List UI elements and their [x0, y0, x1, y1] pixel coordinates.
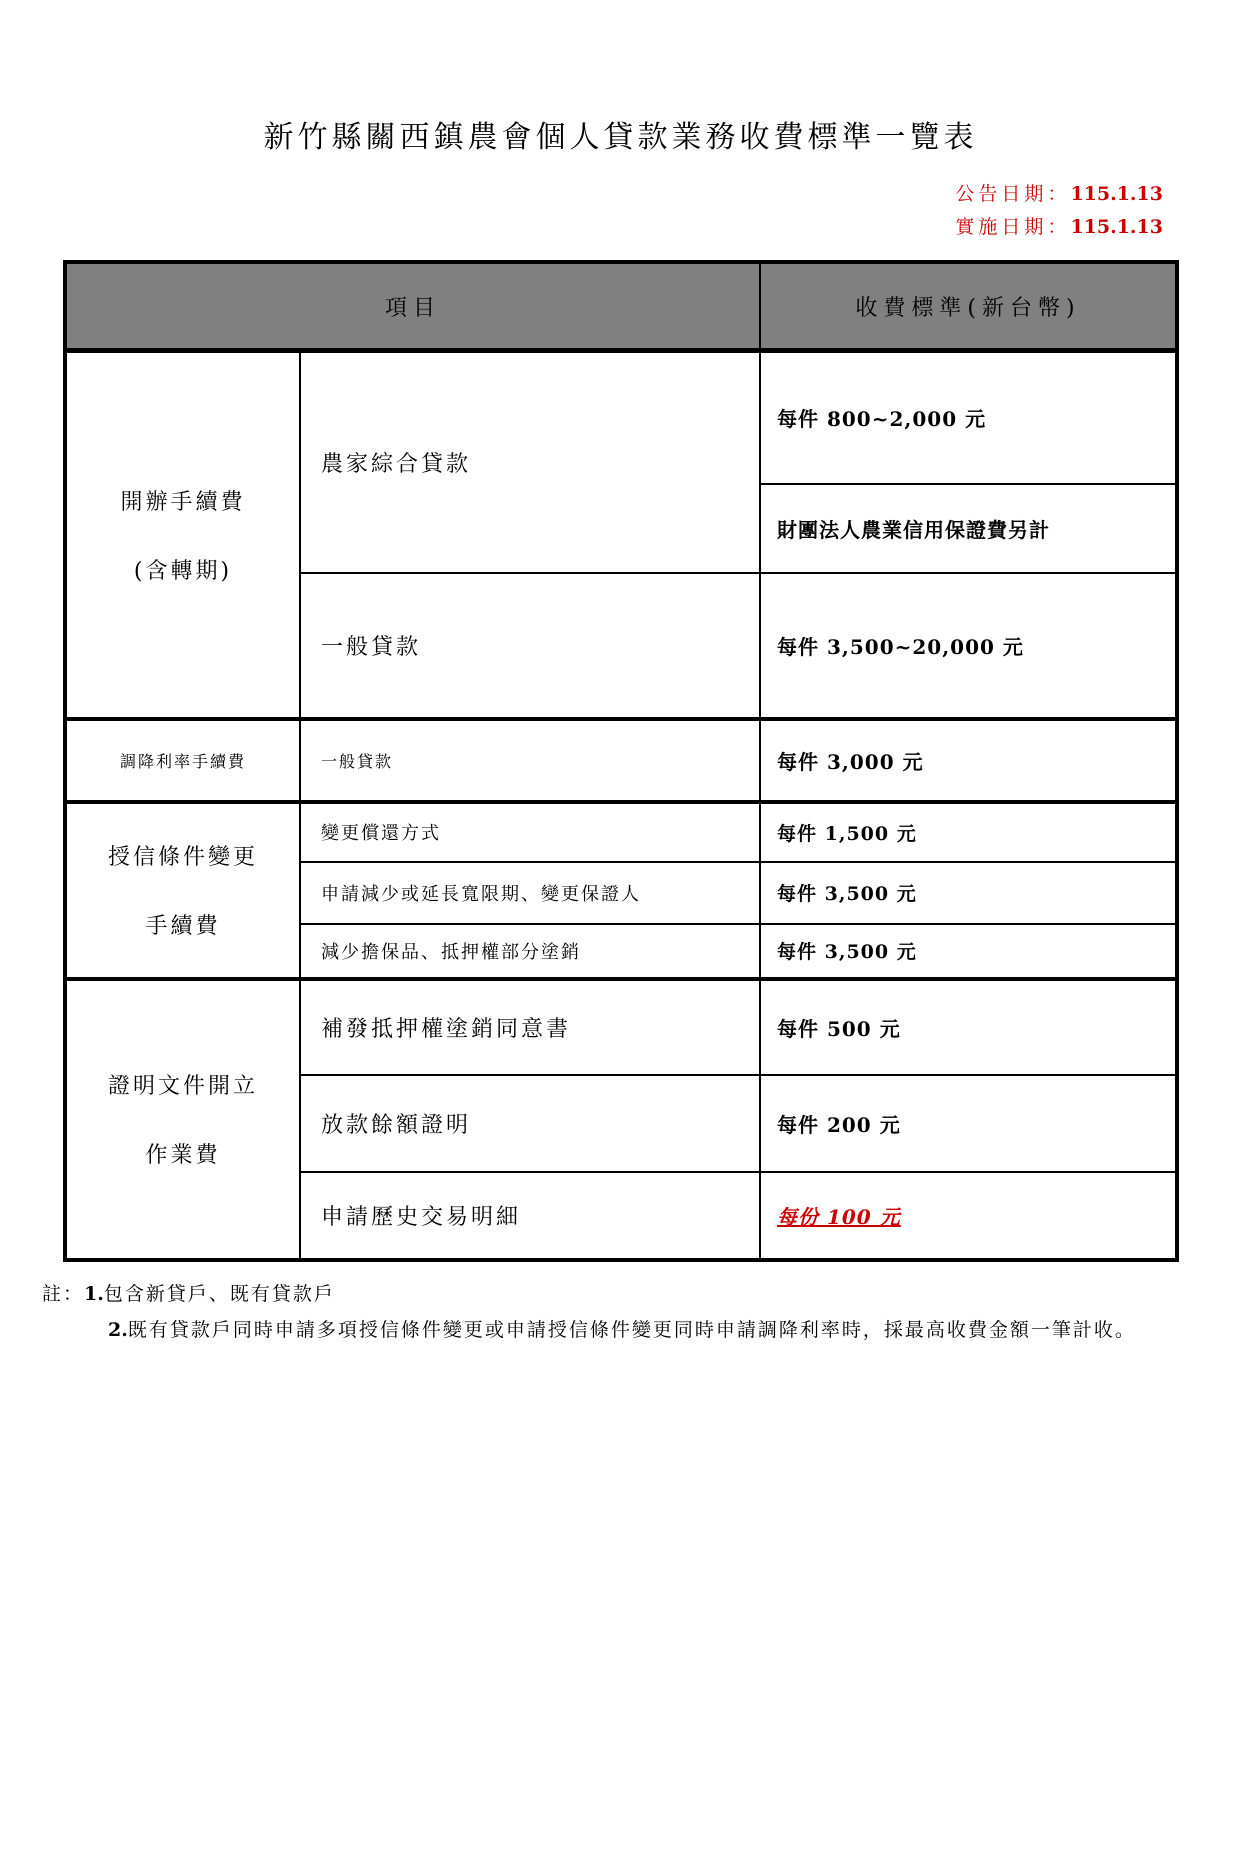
fee-general-loan-setup: 每件 3,500~20,000 元	[760, 573, 1177, 719]
item-reissue-mortgage-release: 補發抵押權塗銷同意書	[300, 979, 760, 1075]
announce-date-value: 115.1.13	[1070, 183, 1163, 205]
footnote-prefix: 註：	[42, 1283, 84, 1305]
category-setup-fee: 開辦手續費 (含轉期)	[65, 351, 300, 719]
header-fee-column: 收費標準(新台幣)	[760, 262, 1177, 351]
category-label-line2: 作業費	[67, 1138, 299, 1169]
footnote-1-text: 包含新貸戶、既有貸款戶	[104, 1283, 335, 1305]
footnotes: 註：1.包含新貸戶、既有貸款戶 2.既有貸款戶同時申請多項授信條件變更或申請授信…	[42, 1276, 1182, 1348]
category-label-line2: 手續費	[67, 909, 299, 940]
fee-schedule-table: 項目 收費標準(新台幣) 開辦手續費 (含轉期) 農家綜合貸款 每件 800~2…	[63, 260, 1179, 1262]
announce-date-label: 公告日期：	[955, 183, 1070, 205]
date-block: 公告日期：115.1.13 實施日期：115.1.13	[0, 178, 1163, 244]
item-reduce-collateral: 減少擔保品、抵押權部分塗銷	[300, 924, 760, 979]
category-credit-change-fee: 授信條件變更 手續費	[65, 802, 300, 979]
table-row: 調降利率手續費 一般貸款 每件 3,000 元	[65, 719, 1177, 802]
fee-reissue-mortgage-release: 每件 500 元	[760, 979, 1177, 1075]
effective-date-value: 115.1.13	[1070, 216, 1163, 238]
fee-credit-guarantee-note: 財團法人農業信用保證費另計	[760, 484, 1177, 573]
item-transaction-history: 申請歷史交易明細	[300, 1172, 760, 1260]
fee-farm-comprehensive-loan: 每件 800~2,000 元	[760, 351, 1177, 484]
footnote-2-number: 2.	[108, 1319, 128, 1341]
fee-transaction-history: 每份 100 元	[760, 1172, 1177, 1260]
fee-loan-balance-certificate: 每件 200 元	[760, 1075, 1177, 1172]
category-label-line2: (含轉期)	[67, 554, 299, 585]
table-row: 證明文件開立 作業費 補發抵押權塗銷同意書 每件 500 元	[65, 979, 1177, 1075]
category-label-line1: 證明文件開立	[67, 1069, 299, 1100]
effective-date-label: 實施日期：	[955, 216, 1070, 238]
item-general-loan-setup: 一般貸款	[300, 573, 760, 719]
table-header-row: 項目 收費標準(新台幣)	[65, 262, 1177, 351]
fee-change-repayment: 每件 1,500 元	[760, 802, 1177, 862]
footnote-2: 2.既有貸款戶同時申請多項授信條件變更或申請授信條件變更同時申請調降利率時，採最…	[42, 1312, 1182, 1348]
header-item-column: 項目	[65, 262, 760, 351]
page-title: 新竹縣關西鎮農會個人貸款業務收費標準一覽表	[0, 112, 1241, 156]
table-row: 開辦手續費 (含轉期) 農家綜合貸款 每件 800~2,000 元	[65, 351, 1177, 484]
item-general-loan-rate: 一般貸款	[300, 719, 760, 802]
footnote-2-text: 既有貸款戶同時申請多項授信條件變更或申請授信條件變更同時申請調降利率時，採最高收…	[128, 1319, 1136, 1341]
category-certificate-fee: 證明文件開立 作業費	[65, 979, 300, 1260]
item-extend-grace-period: 申請減少或延長寬限期、變更保證人	[300, 862, 760, 924]
category-label-line1: 開辦手續費	[67, 485, 299, 516]
announce-date-line: 公告日期：115.1.13	[0, 178, 1163, 211]
category-rate-reduction-fee: 調降利率手續費	[65, 719, 300, 802]
footnote-1-number: 1.	[84, 1283, 104, 1305]
item-loan-balance-certificate: 放款餘額證明	[300, 1075, 760, 1172]
footnote-1: 註：1.包含新貸戶、既有貸款戶	[42, 1276, 1182, 1312]
item-farm-comprehensive-loan: 農家綜合貸款	[300, 351, 760, 573]
table-row: 授信條件變更 手續費 變更償還方式 每件 1,500 元	[65, 802, 1177, 862]
fee-general-loan-rate: 每件 3,000 元	[760, 719, 1177, 802]
fee-reduce-collateral: 每件 3,500 元	[760, 924, 1177, 979]
effective-date-line: 實施日期：115.1.13	[0, 211, 1163, 244]
category-label-line1: 授信條件變更	[67, 840, 299, 871]
fee-extend-grace-period: 每件 3,500 元	[760, 862, 1177, 924]
item-change-repayment: 變更償還方式	[300, 802, 760, 862]
